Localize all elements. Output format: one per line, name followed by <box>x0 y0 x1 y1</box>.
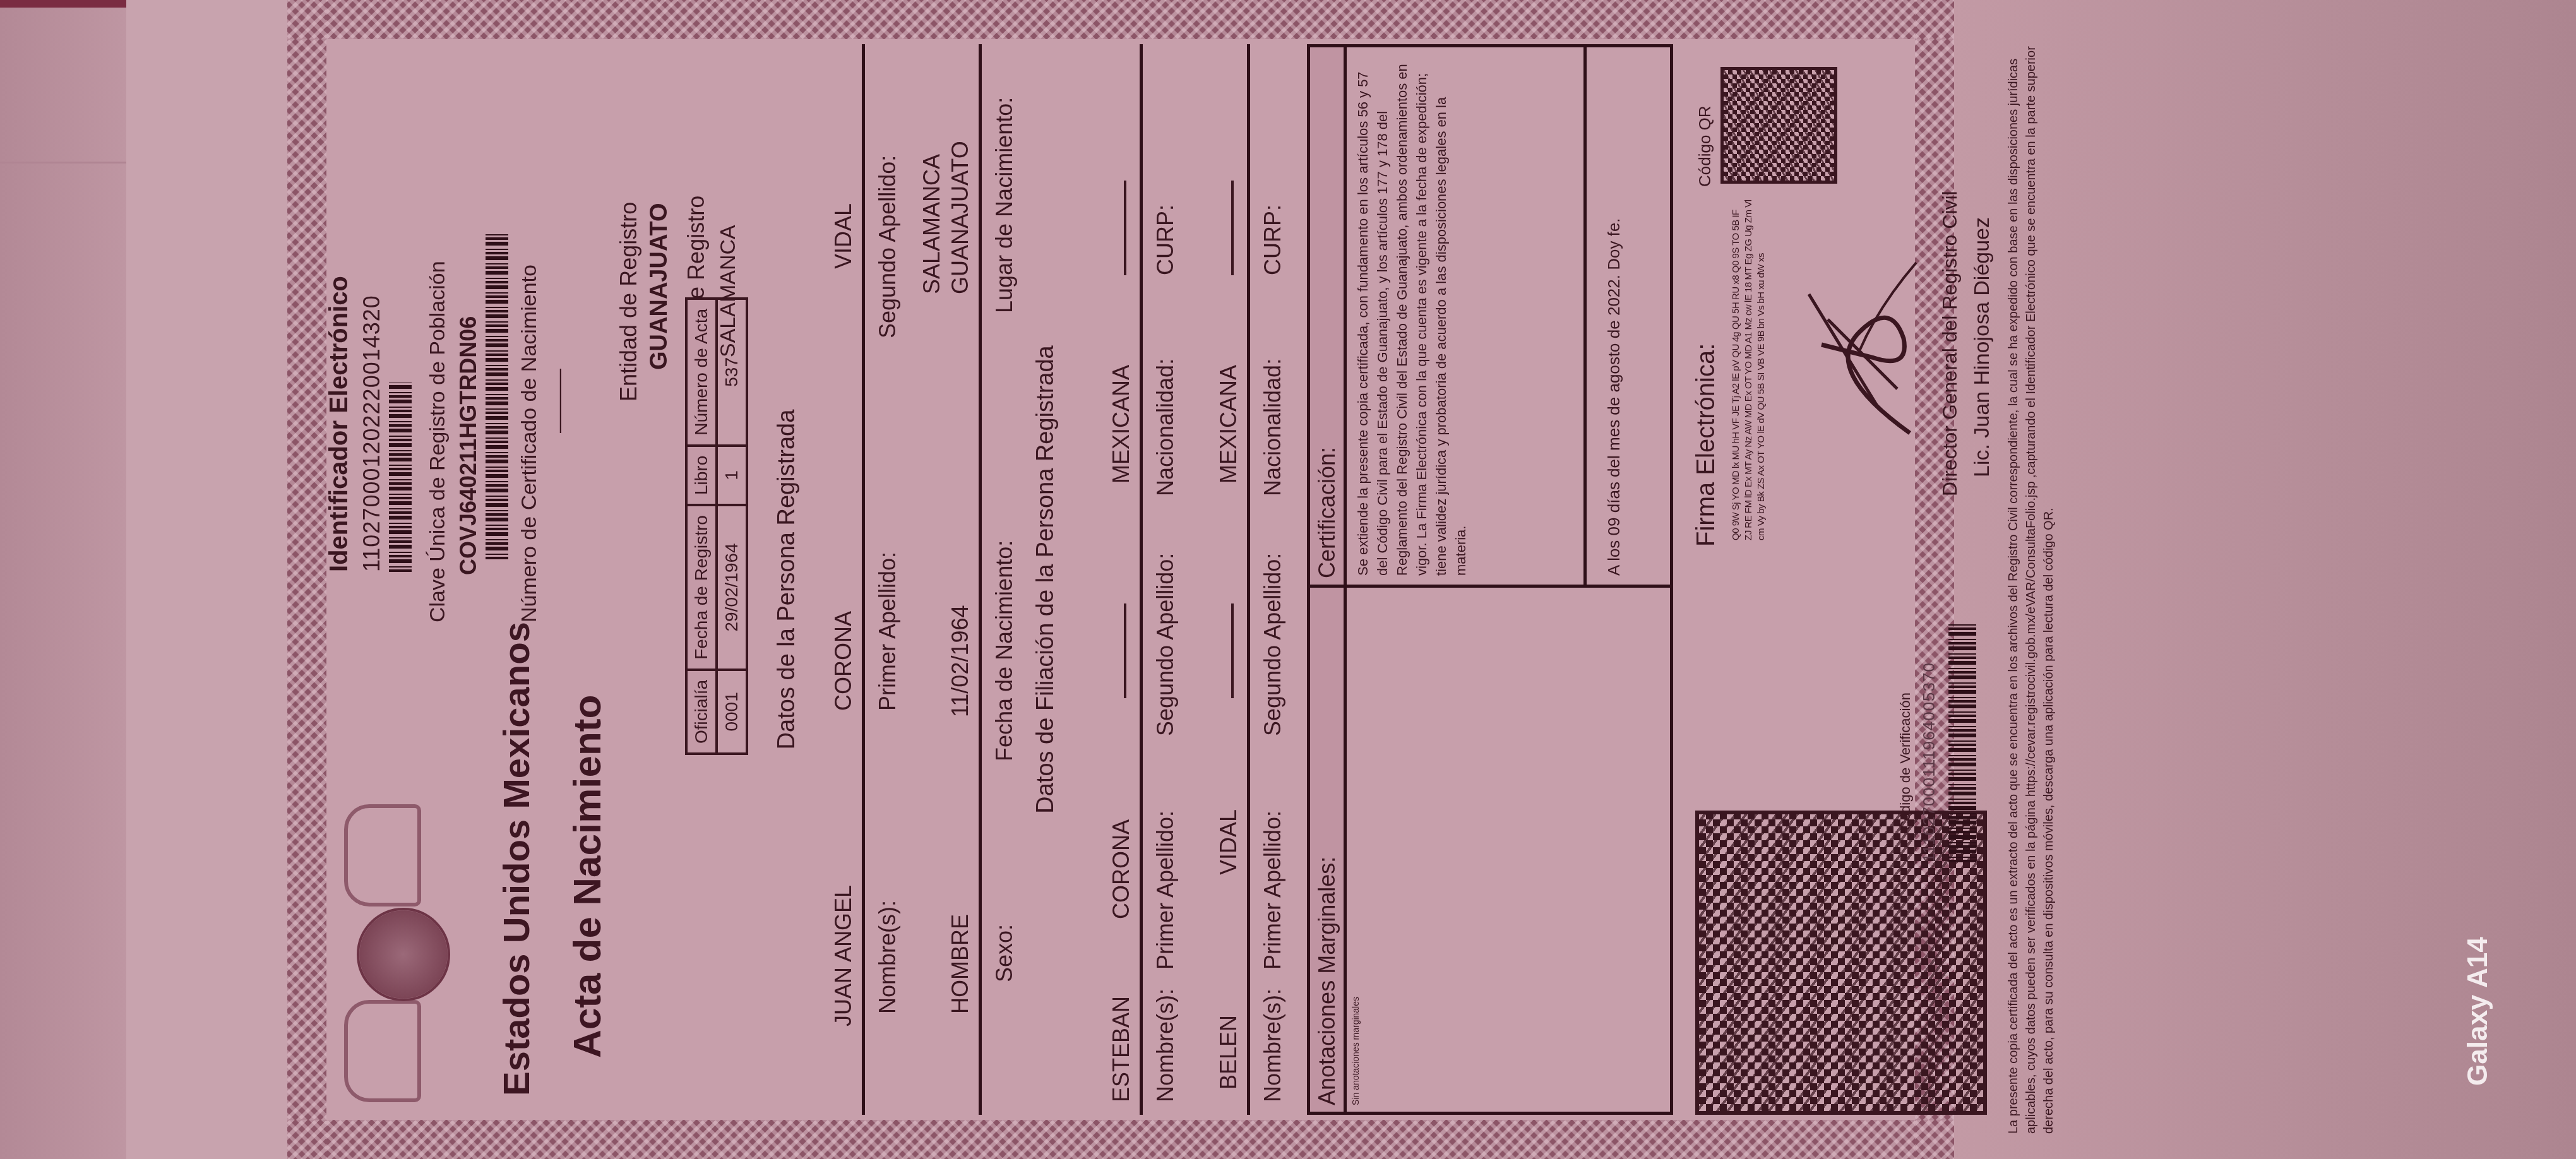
camera-watermark: Galaxy A14 <box>2462 937 2494 1086</box>
entidad-label: Entidad de Registro <box>616 54 642 401</box>
header-fecha-registro: Fecha de Registro <box>686 505 717 670</box>
birth-certificate-document: Estados Unidos Mexicanos Acta de Nacimie… <box>287 0 1954 1159</box>
paper-fold <box>0 162 126 163</box>
identificador-label: Identificador Electrónico <box>325 54 354 572</box>
lugar-nac-estado: GUANAJUATO <box>947 141 974 294</box>
qr-code-small[interactable] <box>1720 67 1837 184</box>
divider <box>1140 44 1143 1115</box>
annotations-certification-box: Anotaciones Marginales: Sin anotaciones … <box>1307 44 1673 1115</box>
parent2-nombre: BELEN <box>1215 1015 1242 1090</box>
qr-code-large[interactable] <box>1695 811 1987 1115</box>
parent1-segundo-apellido-label: Segundo Apellido: <box>1152 553 1179 736</box>
identificador-value: 110270001202220014320 <box>359 54 385 572</box>
parent1-primer-apellido-label: Primer Apellido: <box>1152 811 1179 970</box>
sexo-label: Sexo: <box>991 924 1018 982</box>
lugar-nac-municipio: SALAMANCA <box>919 154 945 294</box>
annotations-panel: Anotaciones Marginales: Sin anotaciones … <box>1310 585 1670 1112</box>
fecha-nac-label: Fecha de Nacimiento: <box>991 540 1018 761</box>
coat-of-arms-icon <box>357 908 450 1001</box>
curp-value: COVJ640211HGTRDN06 <box>455 54 482 575</box>
director-name: Lic. Juan Hinojosa Diéguez <box>1970 217 1995 477</box>
parent2-curp <box>1231 181 1234 275</box>
annotations-title: Anotaciones Marginales: <box>1310 588 1347 1112</box>
certification-panel: Certificación: Se extiende la presente c… <box>1310 47 1670 585</box>
certification-date: A los 09 días del mes de agosto de 2022.… <box>1587 47 1642 585</box>
numero-acta-value: 537 <box>717 299 747 446</box>
curp-label: Clave Única de Registro de Población <box>426 54 450 622</box>
seal-ornament-icon <box>344 804 421 906</box>
parent1-curp <box>1124 181 1126 275</box>
parent1-segundo-apellido <box>1124 603 1126 698</box>
registry-table: Oficialía Fecha de Registro Libro Número… <box>685 297 748 755</box>
parent2-primer-apellido: VIDAL <box>1215 809 1242 875</box>
parent1-curp-label: CURP: <box>1152 205 1179 275</box>
certification-text: Se extiende la presente copia certificad… <box>1347 47 1587 585</box>
parent2-nacionalidad-label: Nacionalidad: <box>1260 359 1286 496</box>
oficialia-value: 0001 <box>717 670 747 754</box>
divider <box>862 44 865 1115</box>
person-nombre: JUAN ANGEL <box>830 885 857 1026</box>
handwritten-signature <box>1784 256 1923 446</box>
country-title: Estados Unidos Mexicanos <box>496 622 538 1096</box>
identificador-barcode <box>389 383 412 572</box>
header-libro: Libro <box>686 446 717 505</box>
cert-number-value: ——— <box>547 54 571 433</box>
seal-ornament-icon <box>344 1000 421 1102</box>
header-numero-acta: Número de Acta <box>686 299 717 446</box>
document-page: Estados Unidos Mexicanos Acta de Nacimie… <box>287 0 1954 1159</box>
entidad-value: GUANAJUATO <box>646 54 673 370</box>
underlying-paper <box>126 0 290 1159</box>
parent1-nombre: ESTEBAN <box>1108 996 1135 1102</box>
parent1-nacionalidad-label: Nacionalidad: <box>1152 359 1179 496</box>
primer-apellido-label: Primer Apellido: <box>874 552 901 711</box>
electronic-signature-text: Q0 9W Sj YO MD lx MU hH VF JE Tj A2 lE p… <box>1730 199 1768 540</box>
cert-number-label: Número de Certificado de Nacimiento <box>517 54 542 622</box>
electronic-signature-title: Firma Electrónica: <box>1692 343 1720 547</box>
verification-barcode <box>1948 622 1976 862</box>
libro-value: 1 <box>717 446 747 505</box>
parent2-curp-label: CURP: <box>1260 205 1286 275</box>
parent2-nacionalidad: MEXICANA <box>1215 365 1242 484</box>
divider <box>1247 44 1250 1115</box>
parent2-segundo-apellido-label: Segundo Apellido: <box>1260 553 1286 736</box>
parent2-nombre-label: Nombre(s): <box>1260 989 1286 1102</box>
lugar-nac-label: Lugar de Nacimiento: <box>991 97 1018 313</box>
footer-legal-text: La presente copia certificada del acto e… <box>2005 23 2058 1134</box>
nombre-label: Nombre(s): <box>874 900 901 1014</box>
identifier-block: Identificador Electrónico 11027000120222… <box>325 54 741 686</box>
annotations-text: Sin anotaciones marginales <box>1347 588 1364 1112</box>
curp-barcode <box>486 231 508 559</box>
person-primer-apellido: CORONA <box>830 611 857 711</box>
parent1-primer-apellido: CORONA <box>1108 819 1135 919</box>
segundo-apellido-label: Segundo Apellido: <box>874 155 901 338</box>
document-content: Estados Unidos Mexicanos Acta de Nacimie… <box>331 44 1910 1115</box>
parent2-segundo-apellido <box>1231 603 1234 698</box>
verification-code-label: Código de Verificación <box>1897 692 1914 831</box>
document-title: Acta de Nacimiento <box>565 695 610 1058</box>
parent2-primer-apellido-label: Primer Apellido: <box>1260 811 1286 970</box>
filiation-title: Datos de Filiación de la Persona Registr… <box>1032 44 1059 1115</box>
parent1-nombre-label: Nombre(s): <box>1152 989 1179 1102</box>
director-title: Director General del Registro Civil <box>1938 191 1962 496</box>
registered-person-title: Datos de la Persona Registrada <box>773 44 801 1115</box>
person-segundo-apellido: VIDAL <box>830 203 857 269</box>
fecha-registro-value: 29/02/1964 <box>717 505 747 670</box>
divider <box>979 44 982 1115</box>
person-sexo: HOMBRE <box>947 914 974 1014</box>
qr-code-label: Código QR <box>1695 105 1715 187</box>
parent1-nacionalidad: MEXICANA <box>1108 365 1135 484</box>
header-oficialia: Oficialía <box>686 670 717 754</box>
verification-code-value: 111027000111964005370 <box>1919 662 1939 862</box>
national-seal <box>331 793 439 1121</box>
person-fecha-nac: 11/02/1964 <box>947 605 974 717</box>
certification-title: Certificación: <box>1310 47 1347 585</box>
